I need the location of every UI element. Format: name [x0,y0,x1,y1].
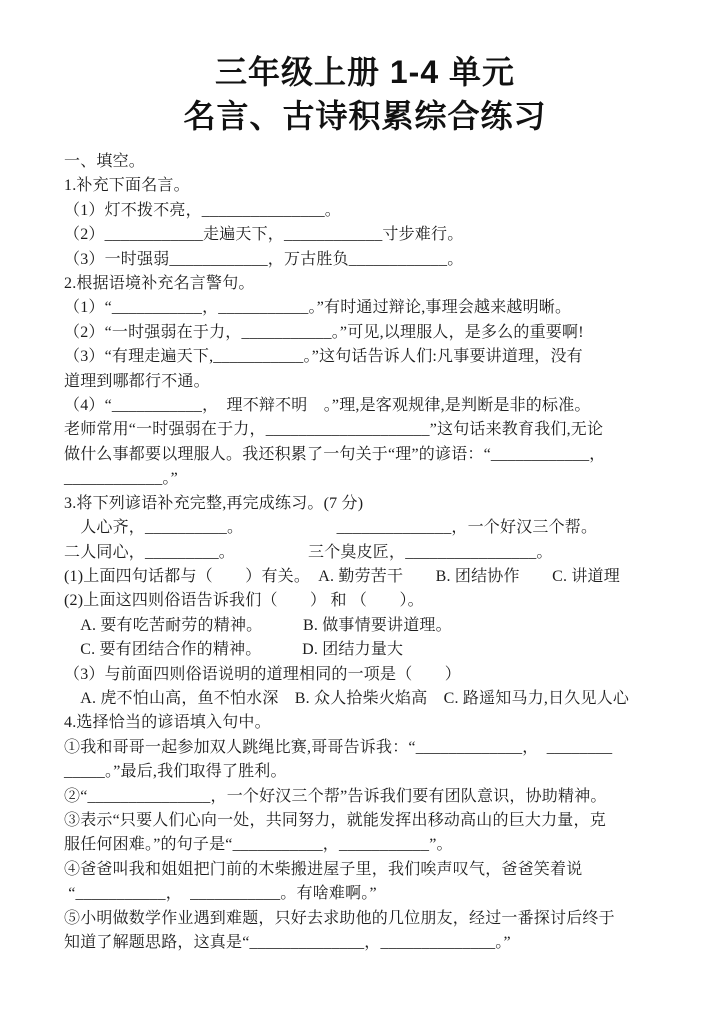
question-4-item-3: ③表示“只要人们心向一处，共同努力，就能发挥出移动高山的巨大力量，克 [64,809,666,833]
title-line-2: 名言、古诗积累综合练习 [64,94,666,138]
question-3-sub-1: (1)上面四句话都与（ ）有关。 A. 勤劳苦干 B. 团结协作 C. 讲道理 [64,565,666,589]
worksheet-title: 三年级上册 1-4 单元 名言、古诗积累综合练习 [64,50,666,138]
question-2-item-4: （4）“___________， 理不辩不明 。”理,是客观规律,是判断是非的标… [64,394,666,418]
question-2-item-2: （2）“一时强弱在于力，___________。”可见,以理服人，是多么的重要啊… [64,321,666,345]
title-line-1: 三年级上册 1-4 单元 [64,50,666,94]
question-4-heading: 4.选择恰当的谚语填入句中。 [64,711,666,735]
question-1-item-1: （1）灯不拨不亮，_______________。 [64,199,666,223]
worksheet-page: 三年级上册 1-4 单元 名言、古诗积累综合练习 一、填空。 1.补充下面名言。… [0,0,724,1024]
question-2-item-4-cont-3: ____________。” [64,467,666,491]
question-2-item-1: （1）“___________，___________。”有时通过辩论,事理会越… [64,296,666,320]
question-4-item-5: ⑤小明做数学作业遇到难题，只好去求助他的几位朋友，经过一番探讨后终于 [64,907,666,931]
question-4-item-1-cont: _____。”最后,我们取得了胜利。 [64,760,666,784]
question-1-item-3: （3）一时强弱____________，万古胜负____________。 [64,248,666,272]
question-1-heading: 1.补充下面名言。 [64,174,666,198]
question-3-sub-3-options: A. 虎不怕山高，鱼不怕水深 B. 众人拾柴火焰高 C. 路遥知马力,日久见人心 [64,687,666,711]
question-2-item-4-cont-1: 老师常用“一时强弱在于力，____________________”这句话来教育… [64,418,666,442]
worksheet-body: 一、填空。 1.补充下面名言。 （1）灯不拨不亮，_______________… [64,150,666,955]
question-3-proverbs-row-1: 人心齐，__________。 ______________，一个好汉三个帮。 [64,516,666,540]
question-3-sub-3: （3）与前面四则俗语说明的道理相同的一项是（ ） [64,663,666,687]
question-3-heading: 3.将下列谚语补充完整,再完成练习。(7 分) [64,492,666,516]
question-3-sub-2: (2)上面这四则俗语告诉我们（ ） 和 （ ）。 [64,589,666,613]
question-4-item-4-cont: “___________， ___________。有啥难啊。” [64,882,666,906]
question-4-item-2: ②“_______________，一个好汉三个帮”告诉我们要有团队意识，协助精… [64,785,666,809]
question-3-sub-2-options-ab: A. 要有吃苦耐劳的精神。 B. 做事情要讲道理。 [64,614,666,638]
section-heading-fill-in: 一、填空。 [64,150,666,174]
question-4-item-4: ④爸爸叫我和姐姐把门前的木柴搬进屋子里，我们唉声叹气，爸爸笑着说 [64,858,666,882]
question-4-item-3-cont: 服任何困难。”的句子是“___________，___________”。 [64,833,666,857]
question-2-heading: 2.根据语境补充名言警句。 [64,272,666,296]
question-4-item-5-cont: 知道了解题思路，这真是“______________，_____________… [64,931,666,955]
question-1-item-2: （2）____________走遍天下，____________寸步难行。 [64,223,666,247]
question-2-item-3: （3）“有理走遍天下,___________。”这句话告诉人们:凡事要讲道理，没… [64,345,666,369]
question-4-item-1: ①我和哥哥一起参加双人跳绳比赛,哥哥告诉我：“_____________， __… [64,736,666,760]
question-2-item-4-cont-2: 做什么事都要以理服人。我还积累了一句关于“理”的谚语：“____________… [64,443,666,467]
question-2-item-3-cont: 道理到哪都行不通。 [64,370,666,394]
question-3-sub-2-options-cd: C. 要有团结合作的精神。 D. 团结力量大 [64,638,666,662]
question-3-proverbs-row-2: 二人同心，_________。 三个臭皮匠，________________。 [64,541,666,565]
